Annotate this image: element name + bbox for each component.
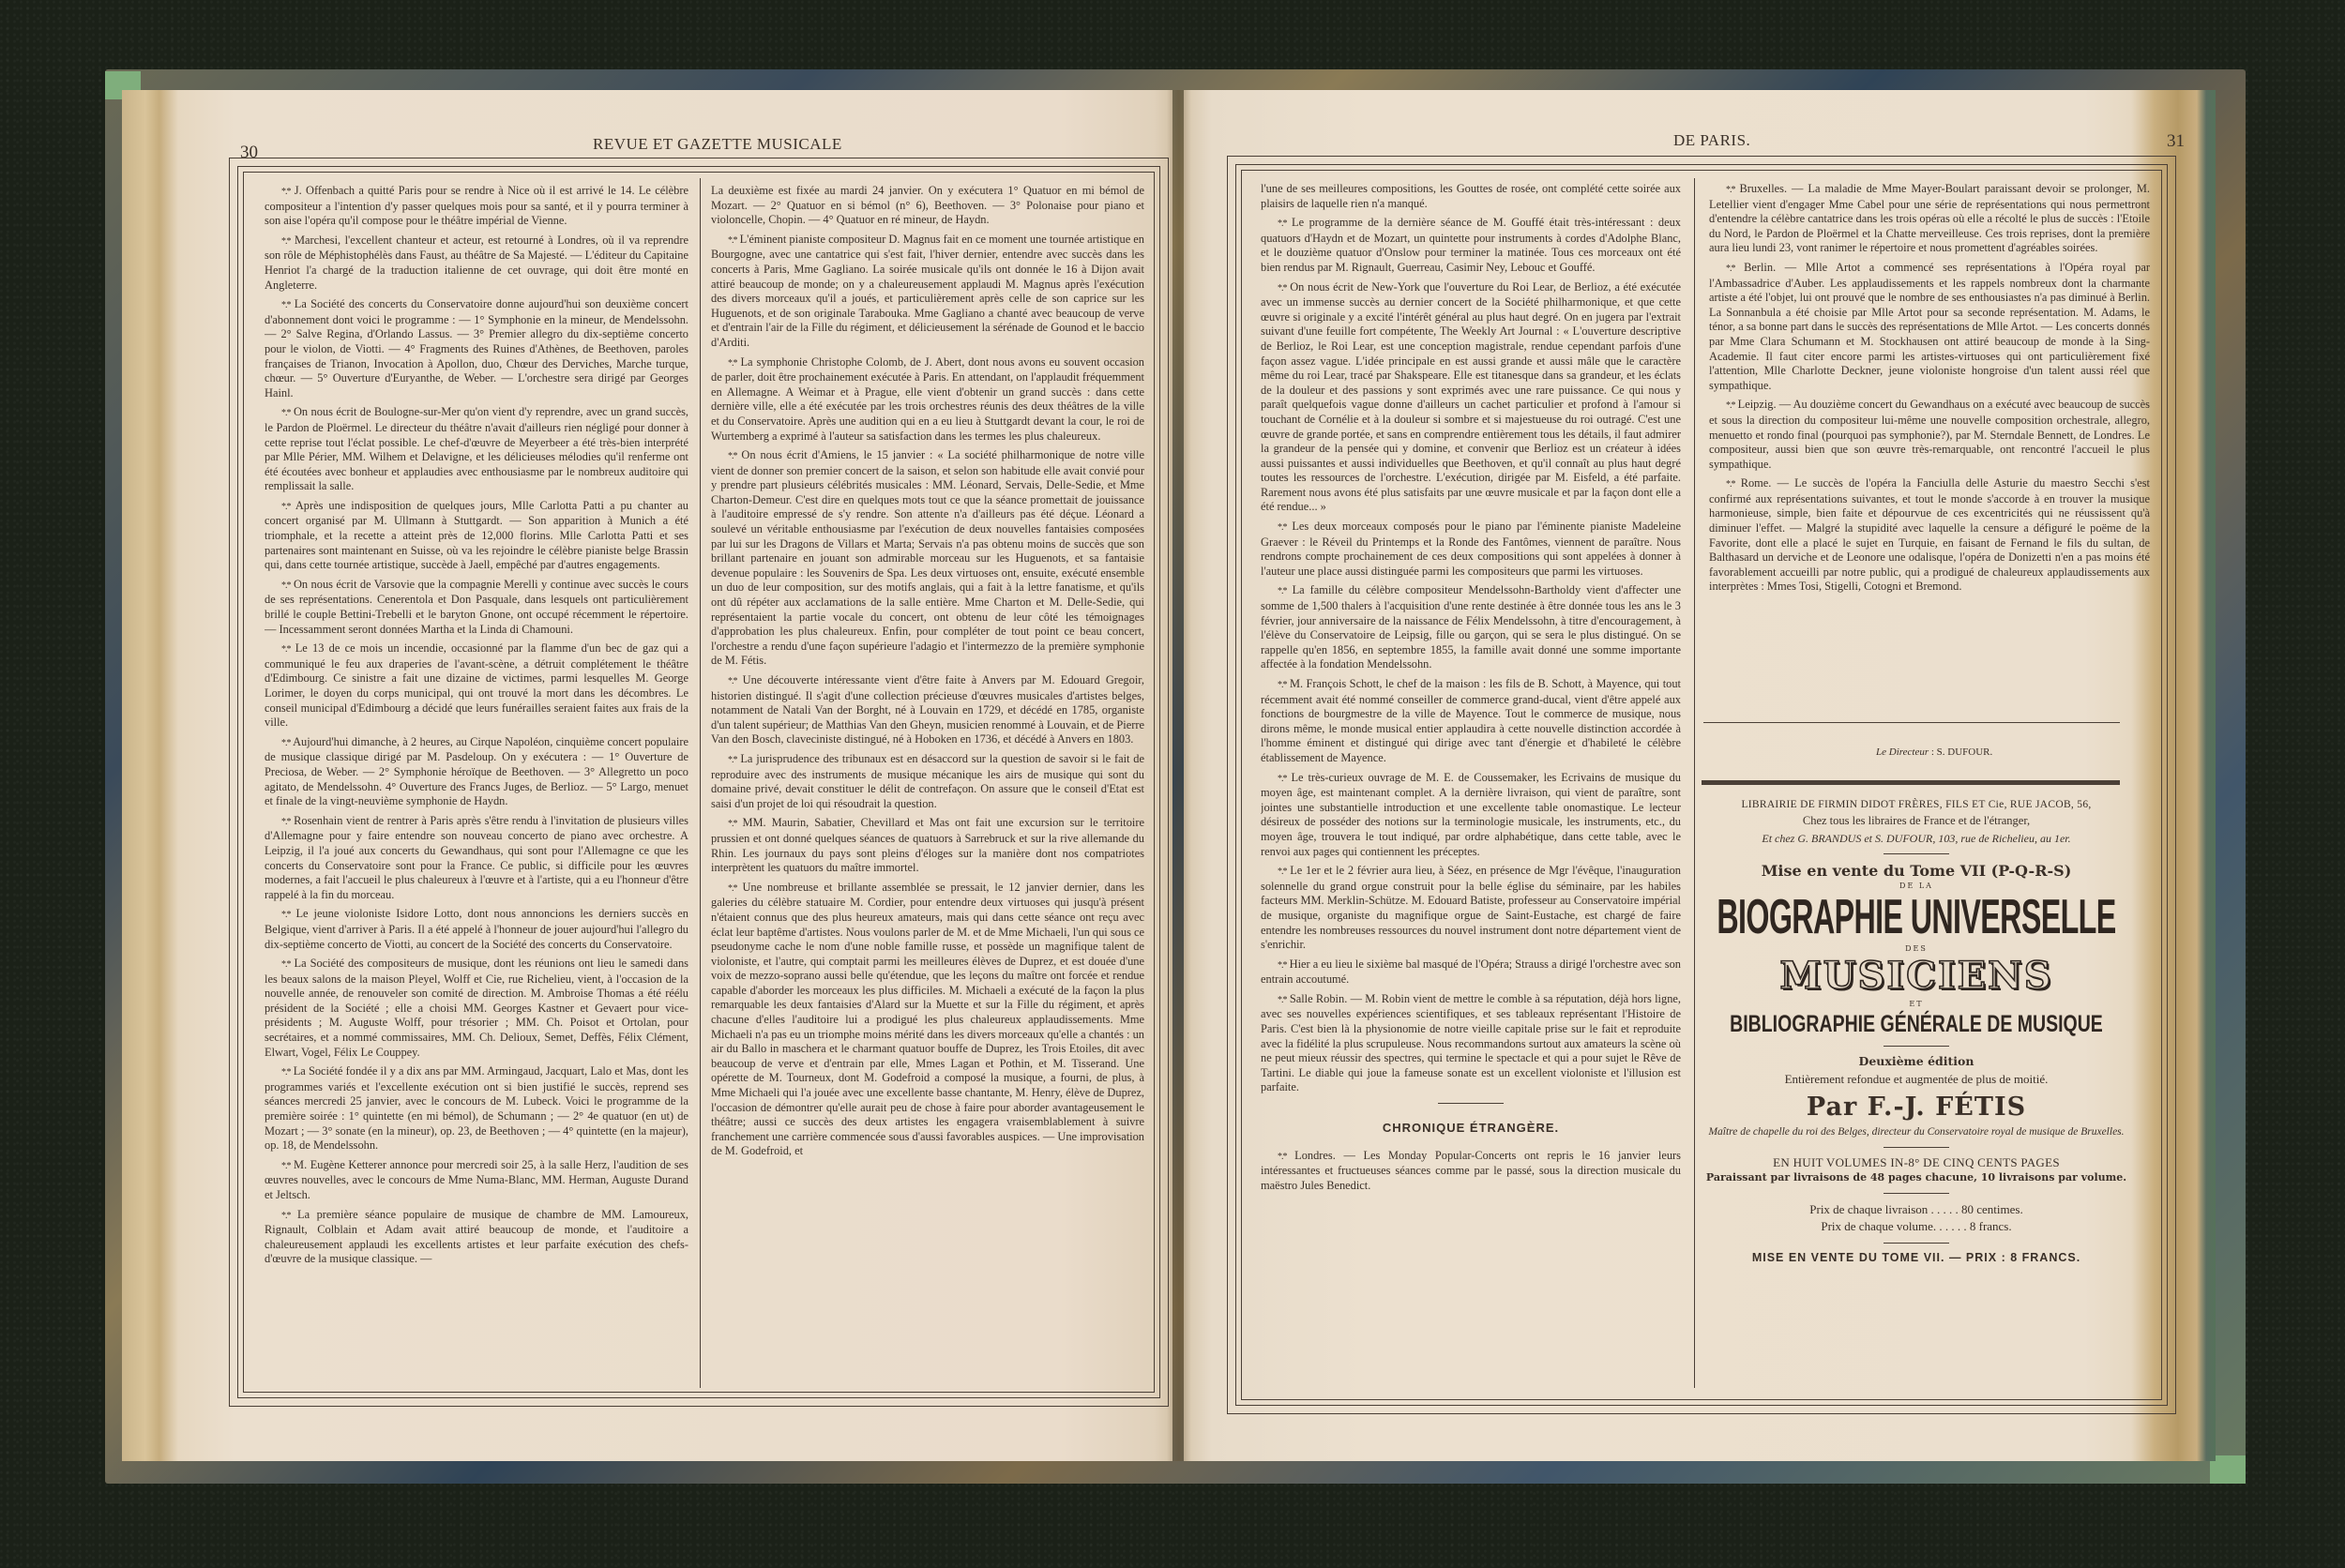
news-item: *.* La jurisprudence des tribunaux est e…	[711, 752, 1144, 811]
news-item: *.* Rosenhain vient de rentrer à Paris a…	[265, 814, 688, 903]
ad-divider	[1884, 1193, 1949, 1194]
ad-divider	[1884, 853, 1949, 854]
ad-title-musiciens: MUSICIENS	[1705, 955, 2127, 998]
news-item: *.* On nous écrit de Boulogne-sur-Mer qu…	[265, 405, 688, 494]
section-title-chronique-etrangere: CHRONIQUE ÉTRANGÈRE.	[1261, 1121, 1681, 1136]
news-item: *.* Hier a eu lieu le sixième bal masqué…	[1261, 957, 1681, 988]
news-item: *.* Le programme de la dernière séance d…	[1261, 216, 1681, 275]
ad-price-row: Prix de chaque livraison . . . . . 80 ce…	[1705, 1201, 2127, 1218]
news-item: *.* Aujourd'hui dimanche, à 2 heures, au…	[265, 735, 688, 809]
book-gutter	[1167, 90, 1191, 1461]
news-item: *.* Une découverte intéressante vient d'…	[711, 673, 1144, 747]
news-item: *.* Marchesi, l'excellent chanteur et ac…	[265, 234, 688, 293]
news-item: *.* La Société des compositeurs de musiq…	[265, 957, 688, 1060]
ad-price-row: Prix de chaque volume. . . . . . 8 franc…	[1705, 1218, 2127, 1235]
left-column-divider	[700, 178, 701, 1388]
ad-de-la: DE LA	[1705, 882, 2127, 890]
news-item: *.* Le 13 de ce mois un incendie, occasi…	[265, 641, 688, 731]
news-item: *.* La famille du célèbre compositeur Me…	[1261, 583, 1681, 672]
news-item: *.* On nous écrit d'Amiens, le 15 janvie…	[711, 448, 1144, 669]
news-item: *.* Le jeune violoniste Isidore Lotto, d…	[265, 907, 688, 952]
right-page-column-1: l'une de ses meilleures compositions, le…	[1261, 182, 1681, 1397]
ad-divider	[1884, 1046, 1949, 1047]
right-running-head: DE PARIS.	[1673, 131, 1750, 150]
ad-author: Par F.-J. FÉTIS	[1705, 1093, 2127, 1122]
left-page-column-2: La deuxième est fixée au mardi 24 janvie…	[711, 184, 1144, 1390]
left-page-column-1: *.* J. Offenbach a quitté Paris pour se …	[265, 184, 688, 1390]
news-item: *.* Le 1er et le 2 février aura lieu, à …	[1261, 864, 1681, 953]
ad-revised: Entièrement refondue et augmentée de plu…	[1705, 1072, 2127, 1087]
news-item: *.* J. Offenbach a quitté Paris pour se …	[265, 184, 688, 229]
news-item: *.* La Société des concerts du Conservat…	[265, 297, 688, 400]
news-item-berlin: *.* Berlin. — Mlle Artot a commencé ses …	[1709, 261, 2150, 393]
signature-rule	[1703, 722, 2120, 723]
news-item-continued: l'une de ses meilleures compositions, le…	[1261, 182, 1681, 211]
news-item: *.* MM. Maurin, Sabatier, Chevillard et …	[711, 816, 1144, 875]
news-item-rome: *.* Rome. — Le succès de l'opéra la Fanc…	[1709, 476, 2150, 595]
ad-title-bibliographie: BIBLIOGRAPHIE GÉNÉRALE DE MUSIQUE	[1708, 1010, 2126, 1038]
news-item-bruxelles: *.* Bruxelles. — La maladie de Mme Mayer…	[1709, 182, 2150, 256]
ad-et: ET	[1705, 1000, 2127, 1008]
news-item-continued: La deuxième est fixée au mardi 24 janvie…	[711, 184, 1144, 228]
ad-des: DES	[1705, 944, 2127, 953]
ad-edition: Deuxième édition	[1705, 1054, 2127, 1068]
ad-volumes: EN HUIT VOLUMES IN-8° DE CINQ CENTS PAGE…	[1705, 1155, 2127, 1170]
news-item: *.* On nous écrit de New-York que l'ouve…	[1261, 280, 1681, 516]
advertisement-top-rule	[1702, 780, 2120, 785]
ad-sale-line: Mise en vente du Tome VII (P-Q-R-S)	[1705, 862, 2127, 880]
ad-sellers: Chez tous les libraires de France et de …	[1705, 814, 2127, 828]
news-item: *.* M. François Schott, le chef de la ma…	[1261, 677, 1681, 766]
news-item: *.* Après une indisposition de quelques …	[265, 499, 688, 573]
advertisement-biographie-universelle: LIBRAIRIE DE FIRMIN DIDOT FRÈRES, FILS E…	[1705, 799, 2127, 1264]
news-item: *.* Londres. — Les Monday Popular-Concer…	[1261, 1149, 1681, 1194]
ad-divider	[1884, 1243, 1949, 1244]
news-item: *.* Une nombreuse et brillante assemblée…	[711, 881, 1144, 1159]
ad-also-at: Et chez G. BRANDUS et S. DUFOUR, 103, ru…	[1705, 832, 2127, 846]
ad-author-title: Maître de chapelle du roi des Belges, di…	[1705, 1125, 2127, 1139]
news-item: *.* Salle Robin. — M. Robin vient de met…	[1261, 992, 1681, 1095]
news-item: *.* Les deux morceaux composés pour le p…	[1261, 520, 1681, 579]
right-column-divider	[1694, 178, 1695, 1388]
ad-final-line: MISE EN VENTE DU TOME VII. — PRIX : 8 FR…	[1705, 1251, 2127, 1264]
ad-publisher: LIBRAIRIE DE FIRMIN DIDOT FRÈRES, FILS E…	[1705, 799, 2127, 810]
ad-price-list: Prix de chaque livraison . . . . . 80 ce…	[1705, 1201, 2127, 1235]
section-divider	[1438, 1103, 1504, 1104]
ad-title-main: BIOGRAPHIE UNIVERSELLE	[1716, 892, 2117, 942]
left-running-head: REVUE ET GAZETTE MUSICALE	[593, 135, 842, 154]
news-item-leipzig: *.* Leipzig. — Au douzième concert du Ge…	[1709, 398, 2150, 472]
director-signature: Le Directeur : S. DUFOUR.	[1876, 746, 1992, 758]
ad-installments: Paraissant par livraisons de 48 pages ch…	[1705, 1170, 2127, 1185]
news-item: *.* On nous écrit de Varsovie que la com…	[265, 578, 688, 637]
ad-divider	[1884, 1147, 1949, 1148]
news-item: *.* La première séance populaire de musi…	[265, 1208, 688, 1267]
news-item: *.* La Société fondée il y a dix ans par…	[265, 1064, 688, 1153]
right-page-column-2: *.* Bruxelles. — La maladie de Mme Mayer…	[1709, 182, 2150, 707]
news-item: *.* M. Eugène Ketterer annonce pour merc…	[265, 1158, 688, 1203]
right-page-number: 31	[2167, 131, 2185, 152]
news-item: *.* L'éminent pianiste compositeur D. Ma…	[711, 233, 1144, 351]
news-item: *.* La symphonie Christophe Colomb, de J…	[711, 355, 1144, 445]
news-item: *.* Le très-curieux ouvrage de M. E. de …	[1261, 771, 1681, 860]
